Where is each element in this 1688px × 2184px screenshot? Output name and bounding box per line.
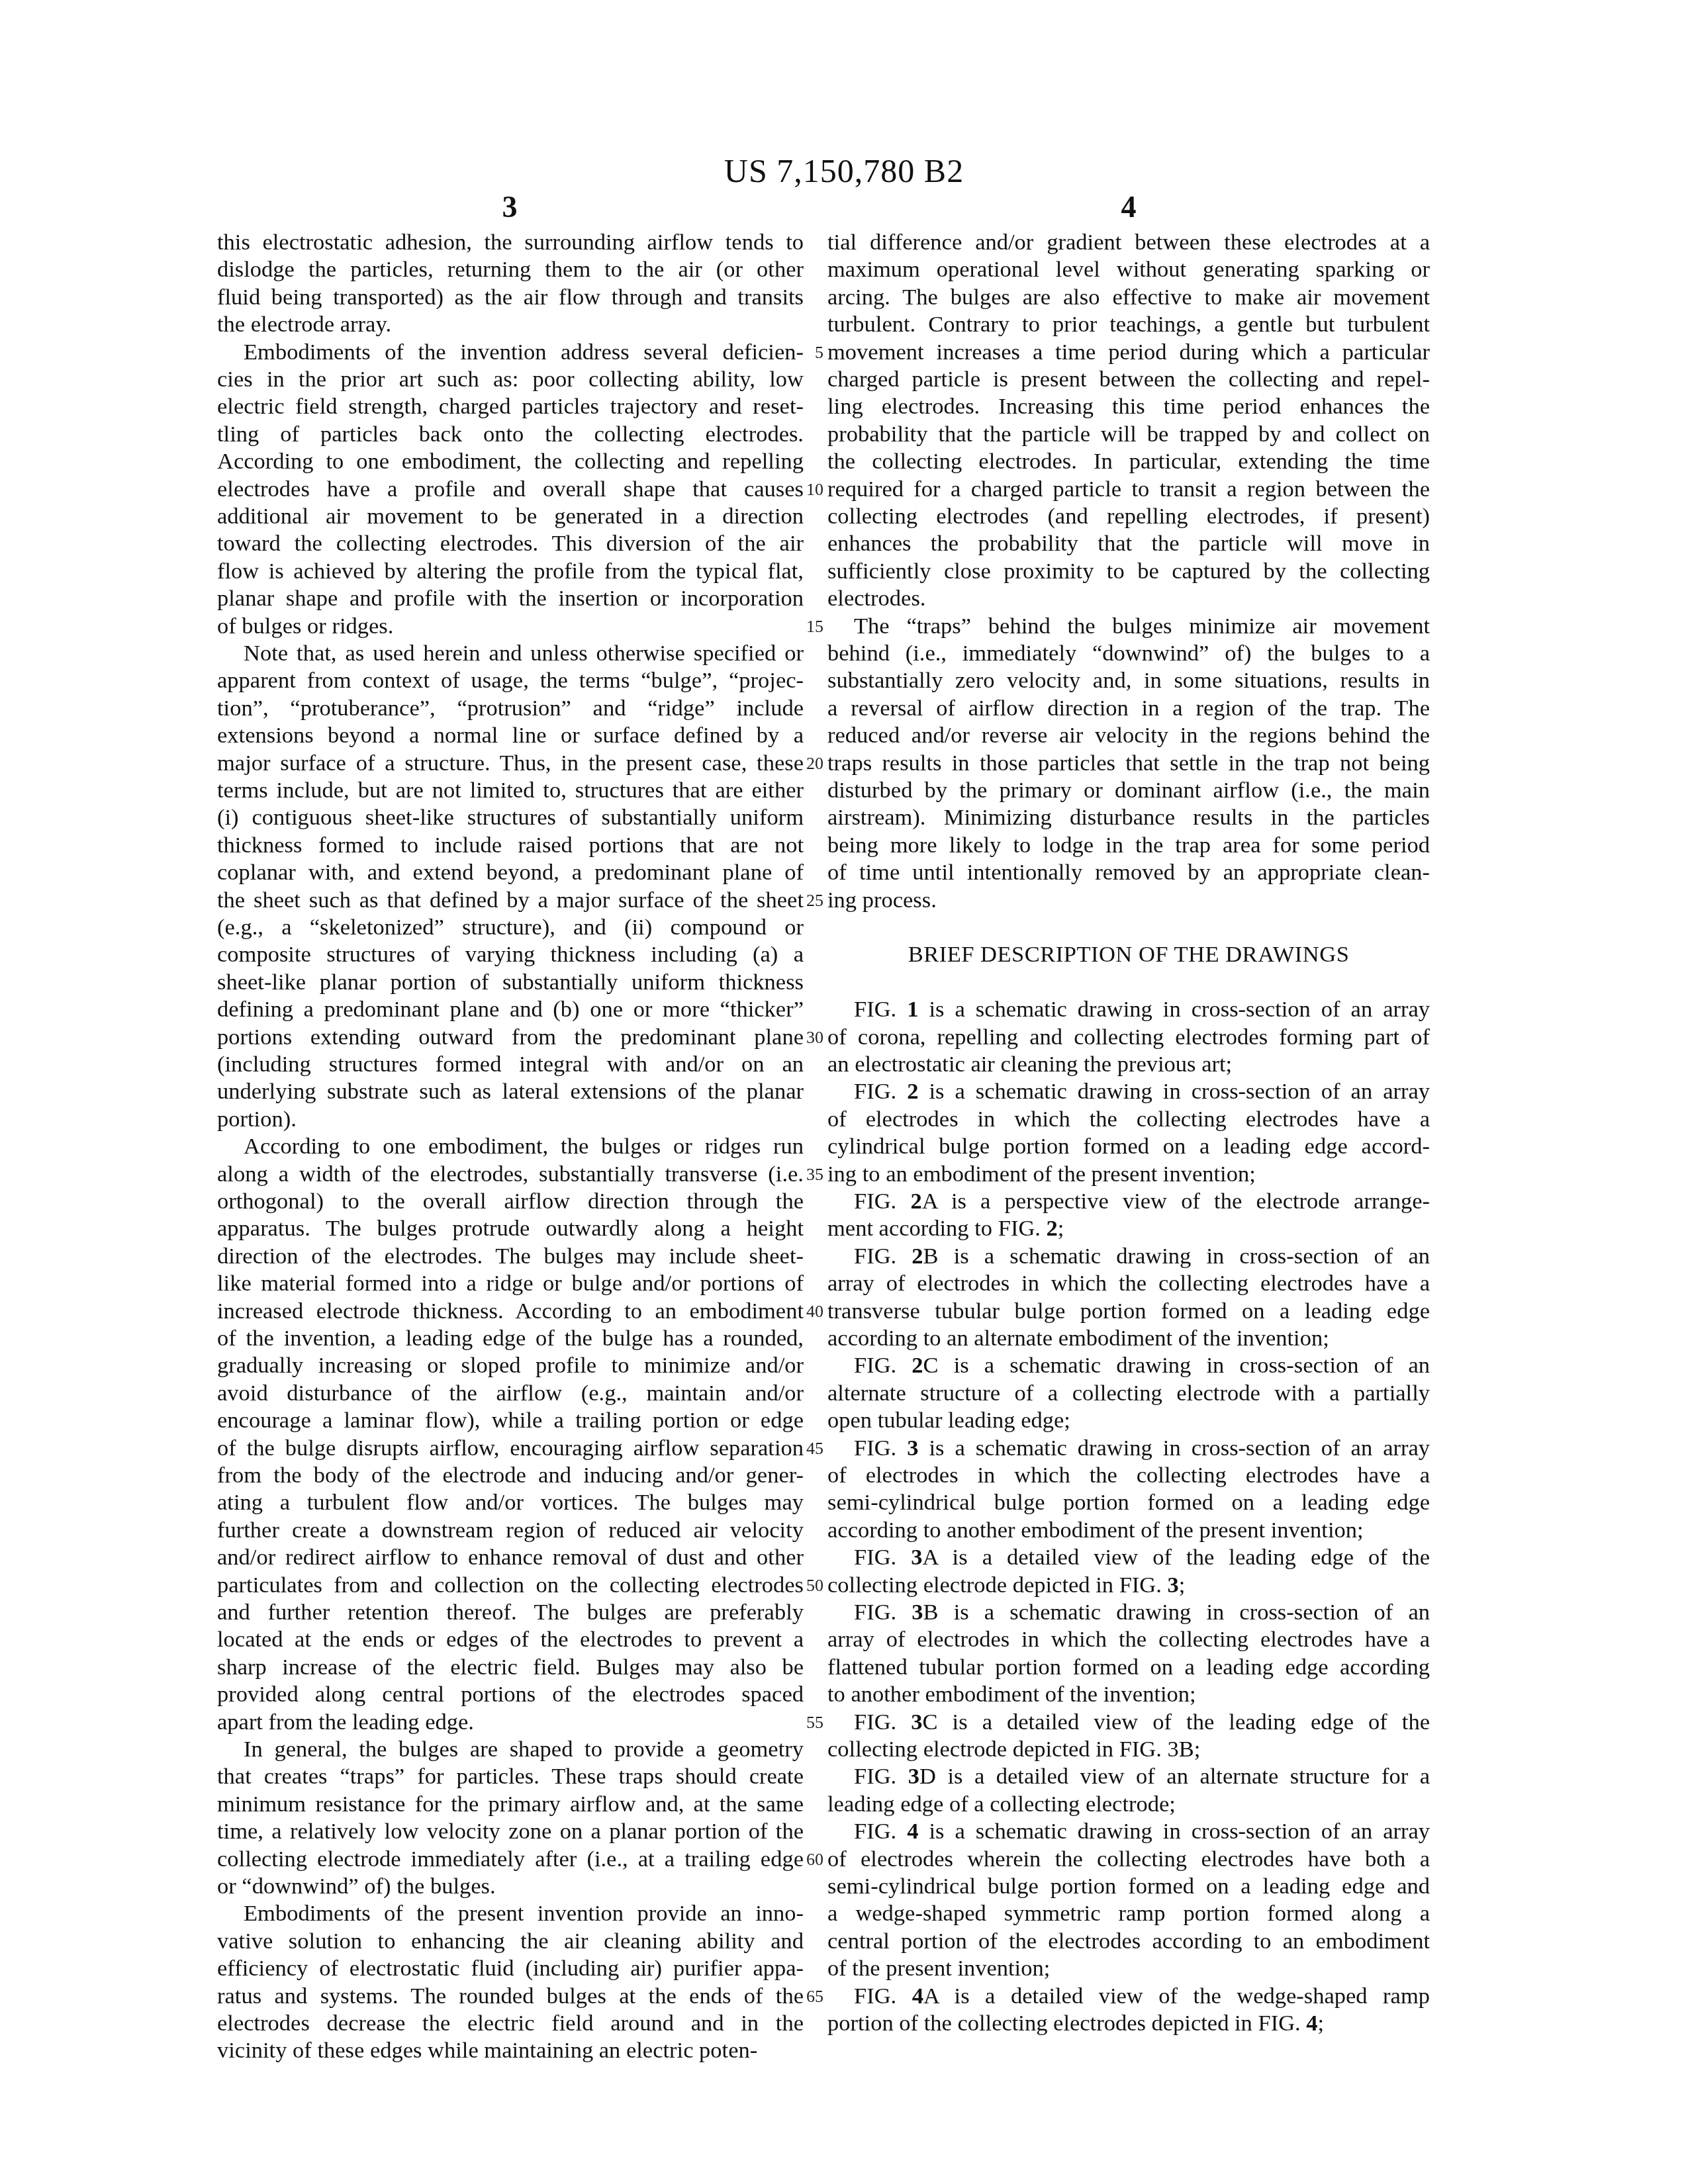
text-line: extensions beyond a normal line or surfa… <box>217 722 804 749</box>
text-line: tial difference and/or gradient between … <box>827 229 1430 256</box>
figure-number: 2 <box>1047 1216 1058 1241</box>
text-line: toward the collecting electrodes. This d… <box>217 530 804 557</box>
text-fragment: ; <box>1179 1572 1186 1598</box>
text-fragment: is a detailed view of an alternate struc… <box>936 1764 1430 1789</box>
text-line: additional air movement to be generated … <box>217 503 804 530</box>
text-line: FIG. 3B is a schematic drawing in cross-… <box>827 1599 1430 1626</box>
column-number-left: 3 <box>483 191 536 224</box>
text-line: FIG. 3A is a detailed view of the leadin… <box>827 1544 1430 1571</box>
text-line: ing process. <box>827 887 1430 914</box>
figure-suffix: D <box>919 1764 936 1789</box>
figure-suffix: A <box>922 1189 937 1214</box>
text-line: from the body of the electrode and induc… <box>217 1462 804 1489</box>
text-line: encourage a laminar flow), while a trail… <box>217 1407 804 1434</box>
text-line <box>827 969 1430 996</box>
text-line: (e.g., a “skeletonized” structure), and … <box>217 914 804 941</box>
line-number: 15 <box>804 613 823 640</box>
column-number-right: 4 <box>1102 191 1155 224</box>
text-fragment: is a schematic drawing in cross-section … <box>939 1600 1430 1625</box>
text-line: a wedge-shaped symmetric ramp portion fo… <box>827 1900 1430 1927</box>
figure-number: 3 <box>912 1600 923 1625</box>
figure-label: FIG. <box>854 1189 910 1214</box>
text-line: portion of the collecting electrodes dep… <box>827 2010 1430 2037</box>
text-line: reduced and/or reverse air velocity in t… <box>827 722 1430 749</box>
text-line: (including structures formed integral wi… <box>217 1051 804 1078</box>
text-line: of the invention, a leading edge of the … <box>217 1325 804 1352</box>
text-line: traps results in those particles that se… <box>827 750 1430 777</box>
text-fragment: is a schematic drawing in cross-section … <box>918 997 1430 1022</box>
text-line: leading edge of a collecting electrode; <box>827 1791 1430 1818</box>
text-line: collecting electrode depicted in FIG. 3B… <box>827 1736 1430 1763</box>
figure-number: 3 <box>1167 1572 1178 1598</box>
text-line: being more likely to lodge in the trap a… <box>827 832 1430 859</box>
text-line: array of electrodes in which the collect… <box>827 1270 1430 1297</box>
text-line: orthogonal) to the overall airflow direc… <box>217 1188 804 1215</box>
text-line: like material formed into a ridge or bul… <box>217 1270 804 1297</box>
text-line: that creates “traps” for particles. Thes… <box>217 1763 804 1790</box>
text-line: collecting electrode immediately after (… <box>217 1846 804 1873</box>
figure-suffix: C <box>923 1709 938 1735</box>
figure-number: 3 <box>908 1764 919 1789</box>
figure-number: 3 <box>911 1709 922 1735</box>
figure-suffix: B <box>923 1244 939 1269</box>
text-line: to another embodiment of the invention; <box>827 1681 1430 1708</box>
text-line <box>827 914 1430 941</box>
figure-label: FIG. <box>854 1819 907 1844</box>
figure-label: FIG. <box>854 1079 907 1104</box>
line-number: 65 <box>804 1983 823 2010</box>
text-line: FIG. 2A is a perspective view of the ele… <box>827 1188 1430 1215</box>
text-line: ment according to FIG. 2; <box>827 1215 1430 1242</box>
figure-suffix: A <box>923 1983 939 2009</box>
text-line: particulates from and collection on the … <box>217 1572 804 1599</box>
figure-number: 2 <box>912 1353 923 1378</box>
text-line: portions extending outward from the pred… <box>217 1024 804 1051</box>
text-line: or “downwind” of) the bulges. <box>217 1873 804 1900</box>
figure-number: 4 <box>907 1819 918 1844</box>
figure-number: 3 <box>911 1545 922 1570</box>
figure-suffix: B <box>923 1600 939 1625</box>
figure-number: 1 <box>907 997 918 1022</box>
text-line: of the present invention; <box>827 1955 1430 1982</box>
line-number: 10 <box>804 476 823 503</box>
text-fragment: is a detailed view of the leading edge o… <box>938 1709 1430 1735</box>
figure-label: FIG. <box>854 1435 907 1461</box>
text-line: behind (i.e., immediately “downwind” of)… <box>827 640 1430 667</box>
text-line: (i) contiguous sheet-like structures of … <box>217 804 804 831</box>
text-line: of the bulge disrupts airflow, encouragi… <box>217 1435 804 1462</box>
line-number: 5 <box>804 339 823 366</box>
figure-label: FIG. <box>854 1244 912 1269</box>
text-line: coplanar with, and extend beyond, a pred… <box>217 859 804 886</box>
text-line: FIG. 2 is a schematic drawing in cross-s… <box>827 1078 1430 1105</box>
text-line: ing to an embodiment of the present inve… <box>827 1161 1430 1188</box>
text-line: open tubular leading edge; <box>827 1407 1430 1434</box>
text-line: provided along central portions of the e… <box>217 1681 804 1708</box>
text-fragment: is a detailed view of the wedge-shaped r… <box>939 1983 1430 2009</box>
text-line: FIG. 3 is a schematic drawing in cross-s… <box>827 1435 1430 1462</box>
text-line: flow is achieved by altering the profile… <box>217 558 804 585</box>
text-fragment: is a schematic drawing in cross-section … <box>918 1079 1430 1104</box>
figure-number: 3 <box>907 1435 918 1461</box>
text-line: The “traps” behind the bulges minimize a… <box>827 613 1430 640</box>
figure-label: FIG. <box>854 1353 912 1378</box>
text-line: thickness formed to include raised porti… <box>217 832 804 859</box>
text-line: FIG. 3D is a detailed view of an alterna… <box>827 1763 1430 1790</box>
line-number: 35 <box>804 1161 823 1188</box>
figure-label: FIG. <box>854 997 907 1022</box>
text-line: sheet-like planar portion of substantial… <box>217 969 804 996</box>
text-line: probability that the particle will be tr… <box>827 421 1430 448</box>
figure-suffix: C <box>923 1353 939 1378</box>
text-line: transverse tubular bulge portion formed … <box>827 1298 1430 1325</box>
text-line: gradually increasing or sloped profile t… <box>217 1352 804 1379</box>
text-line: of bulges or ridges. <box>217 613 804 640</box>
text-line: apparatus. The bulges protrude outwardly… <box>217 1215 804 1242</box>
figure-label: FIG. <box>854 1764 908 1789</box>
text-line: substantially zero velocity and, in some… <box>827 667 1430 694</box>
text-line: of electrodes in which the collecting el… <box>827 1106 1430 1133</box>
text-line: terms include, but are not limited to, s… <box>217 777 804 804</box>
text-fragment: ; <box>1318 2011 1325 2036</box>
figure-label: FIG. <box>854 1983 912 2009</box>
text-fragment: is a schematic drawing in cross-section … <box>918 1819 1430 1844</box>
text-line: fluid being transported) as the air flow… <box>217 284 804 311</box>
text-line: collecting electrodes (and repelling ele… <box>827 503 1430 530</box>
text-line: defining a predominant plane and (b) one… <box>217 996 804 1023</box>
figure-number: 2 <box>910 1189 921 1214</box>
text-line: FIG. 4 is a schematic drawing in cross-s… <box>827 1818 1430 1845</box>
text-line: apparent from context of usage, the term… <box>217 667 804 694</box>
text-fragment: is a schematic drawing in cross-section … <box>939 1353 1430 1378</box>
text-line: efficiency of electrostatic fluid (inclu… <box>217 1955 804 1982</box>
figure-label: FIG. <box>854 1545 911 1570</box>
text-line: composite structures of varying thicknes… <box>217 941 804 968</box>
text-line: apart from the leading edge. <box>217 1709 804 1736</box>
text-line: minimum resistance for the primary airfl… <box>217 1791 804 1818</box>
figure-number: 4 <box>1306 2011 1317 2036</box>
figure-label: FIG. <box>854 1600 912 1625</box>
text-line: of electrodes wherein the collecting ele… <box>827 1846 1430 1873</box>
text-line: Note that, as used herein and unless oth… <box>217 640 804 667</box>
line-number: 20 <box>804 750 823 777</box>
text-line: this electrostatic adhesion, the surroun… <box>217 229 804 256</box>
text-line: tion”, “protuberance”, “protrusion” and … <box>217 695 804 722</box>
text-line: the electrode array. <box>217 311 804 338</box>
text-line: ating a turbulent flow and/or vortices. … <box>217 1489 804 1516</box>
text-line: and further retention thereof. The bulge… <box>217 1599 804 1626</box>
line-number: 30 <box>804 1024 823 1051</box>
text-fragment: portion of the collecting electrodes dep… <box>827 2011 1306 2036</box>
text-line: sharp increase of the electric field. Bu… <box>217 1654 804 1681</box>
text-line: According to one embodiment, the bulges … <box>217 1133 804 1160</box>
text-line: the collecting electrodes. In particular… <box>827 448 1430 475</box>
text-fragment: ; <box>1058 1216 1064 1241</box>
text-line: direction of the electrodes. The bulges … <box>217 1243 804 1270</box>
text-line: airstream). Minimizing disturbance resul… <box>827 804 1430 831</box>
text-line: FIG. 2C is a schematic drawing in cross-… <box>827 1352 1430 1379</box>
text-line: disturbed by the primary or dominant air… <box>827 777 1430 804</box>
text-line: portion). <box>217 1106 804 1133</box>
text-line: flattened tubular portion formed on a le… <box>827 1654 1430 1681</box>
figure-suffix: A <box>923 1545 938 1570</box>
text-line: electrodes. <box>827 585 1430 612</box>
text-fragment: is a schematic drawing in cross-section … <box>918 1435 1430 1461</box>
text-line: located at the ends or edges of the elec… <box>217 1626 804 1653</box>
text-line: ling electrodes. Increasing this time pe… <box>827 393 1430 420</box>
text-line: vicinity of these edges while maintainin… <box>217 2037 804 2064</box>
text-line: central portion of the electrodes accord… <box>827 1928 1430 1955</box>
text-line: increased electrode thickness. According… <box>217 1298 804 1325</box>
text-line: FIG. 2B is a schematic drawing in cross-… <box>827 1243 1430 1270</box>
text-line: electrodes decrease the electric field a… <box>217 2010 804 2037</box>
text-line: FIG. 1 is a schematic drawing in cross-s… <box>827 996 1430 1023</box>
text-line: of corona, repelling and collecting elec… <box>827 1024 1430 1051</box>
text-fragment: is a detailed view of the leading edge o… <box>938 1545 1430 1570</box>
figure-number: 2 <box>912 1244 923 1269</box>
text-line: a reversal of airflow direction in a reg… <box>827 695 1430 722</box>
text-line: electric field strength, charged particl… <box>217 393 804 420</box>
text-line: required for a charged particle to trans… <box>827 476 1430 503</box>
text-line: ratus and systems. The rounded bulges at… <box>217 1983 804 2010</box>
figure-number: 4 <box>912 1983 923 2009</box>
section-heading: BRIEF DESCRIPTION OF THE DRAWINGS <box>827 941 1430 968</box>
line-number: 55 <box>804 1709 823 1736</box>
text-line: tling of particles back onto the collect… <box>217 421 804 448</box>
text-line: vative solution to enhancing the air cle… <box>217 1928 804 1955</box>
text-line: movement increases a time period during … <box>827 339 1430 366</box>
text-line: array of electrodes in which the collect… <box>827 1626 1430 1653</box>
text-line: semi-cylindrical bulge portion formed on… <box>827 1489 1430 1516</box>
text-line: charged particle is present between the … <box>827 366 1430 393</box>
text-line: underlying substrate such as lateral ext… <box>217 1078 804 1105</box>
text-line: enhances the probability that the partic… <box>827 530 1430 557</box>
text-line: cies in the prior art such as: poor coll… <box>217 366 804 393</box>
text-line: major surface of a structure. Thus, in t… <box>217 750 804 777</box>
text-fragment: ment according to FIG. <box>827 1216 1047 1241</box>
patent-number-header: US 7,150,780 B2 <box>0 151 1688 191</box>
text-line: along a width of the electrodes, substan… <box>217 1161 804 1188</box>
text-line: dislodge the particles, returning them t… <box>217 256 804 283</box>
text-line: maximum operational level without genera… <box>827 256 1430 283</box>
text-line: according to an alternate embodiment of … <box>827 1325 1430 1352</box>
text-line: FIG. 3C is a detailed view of the leadin… <box>827 1709 1430 1736</box>
text-line: cylindrical bulge portion formed on a le… <box>827 1133 1430 1160</box>
text-line: semi-cylindrical bulge portion formed on… <box>827 1873 1430 1900</box>
text-line: Embodiments of the present invention pro… <box>217 1900 804 1927</box>
line-number: 45 <box>804 1435 823 1462</box>
text-line: arcing. The bulges are also effective to… <box>827 284 1430 311</box>
text-line: of electrodes in which the collecting el… <box>827 1462 1430 1489</box>
text-fragment: is a perspective view of the electrode a… <box>937 1189 1430 1214</box>
text-line: Embodiments of the invention address sev… <box>217 339 804 366</box>
text-line: the sheet such as that defined by a majo… <box>217 887 804 914</box>
text-line: electrodes have a profile and overall sh… <box>217 476 804 503</box>
text-line: alternate structure of a collecting elec… <box>827 1380 1430 1407</box>
text-fragment: is a schematic drawing in cross-section … <box>939 1244 1430 1269</box>
text-line: FIG. 4A is a detailed view of the wedge-… <box>827 1983 1430 2010</box>
line-number: 50 <box>804 1572 823 1599</box>
line-number: 25 <box>804 887 823 914</box>
text-line: collecting electrode depicted in FIG. 3; <box>827 1572 1430 1599</box>
text-line: time, a relatively low velocity zone on … <box>217 1818 804 1845</box>
text-line: In general, the bulges are shaped to pro… <box>217 1736 804 1763</box>
text-line: an electrostatic air cleaning the previo… <box>827 1051 1430 1078</box>
text-line: according to another embodiment of the p… <box>827 1517 1430 1544</box>
text-fragment: collecting electrode depicted in FIG. <box>827 1572 1167 1598</box>
line-number: 60 <box>804 1846 823 1873</box>
text-line: and/or redirect airflow to enhance remov… <box>217 1544 804 1571</box>
line-number: 40 <box>804 1298 823 1325</box>
text-line: turbulent. Contrary to prior teachings, … <box>827 311 1430 338</box>
text-line: of time until intentionally removed by a… <box>827 859 1430 886</box>
figure-number: 2 <box>907 1079 918 1104</box>
text-line: planar shape and profile with the insert… <box>217 585 804 612</box>
figure-label: FIG. <box>854 1709 911 1735</box>
text-line: further create a downstream region of re… <box>217 1517 804 1544</box>
text-line: avoid disturbance of the airflow (e.g., … <box>217 1380 804 1407</box>
text-line: According to one embodiment, the collect… <box>217 448 804 475</box>
text-line: sufficiently close proximity to be captu… <box>827 558 1430 585</box>
